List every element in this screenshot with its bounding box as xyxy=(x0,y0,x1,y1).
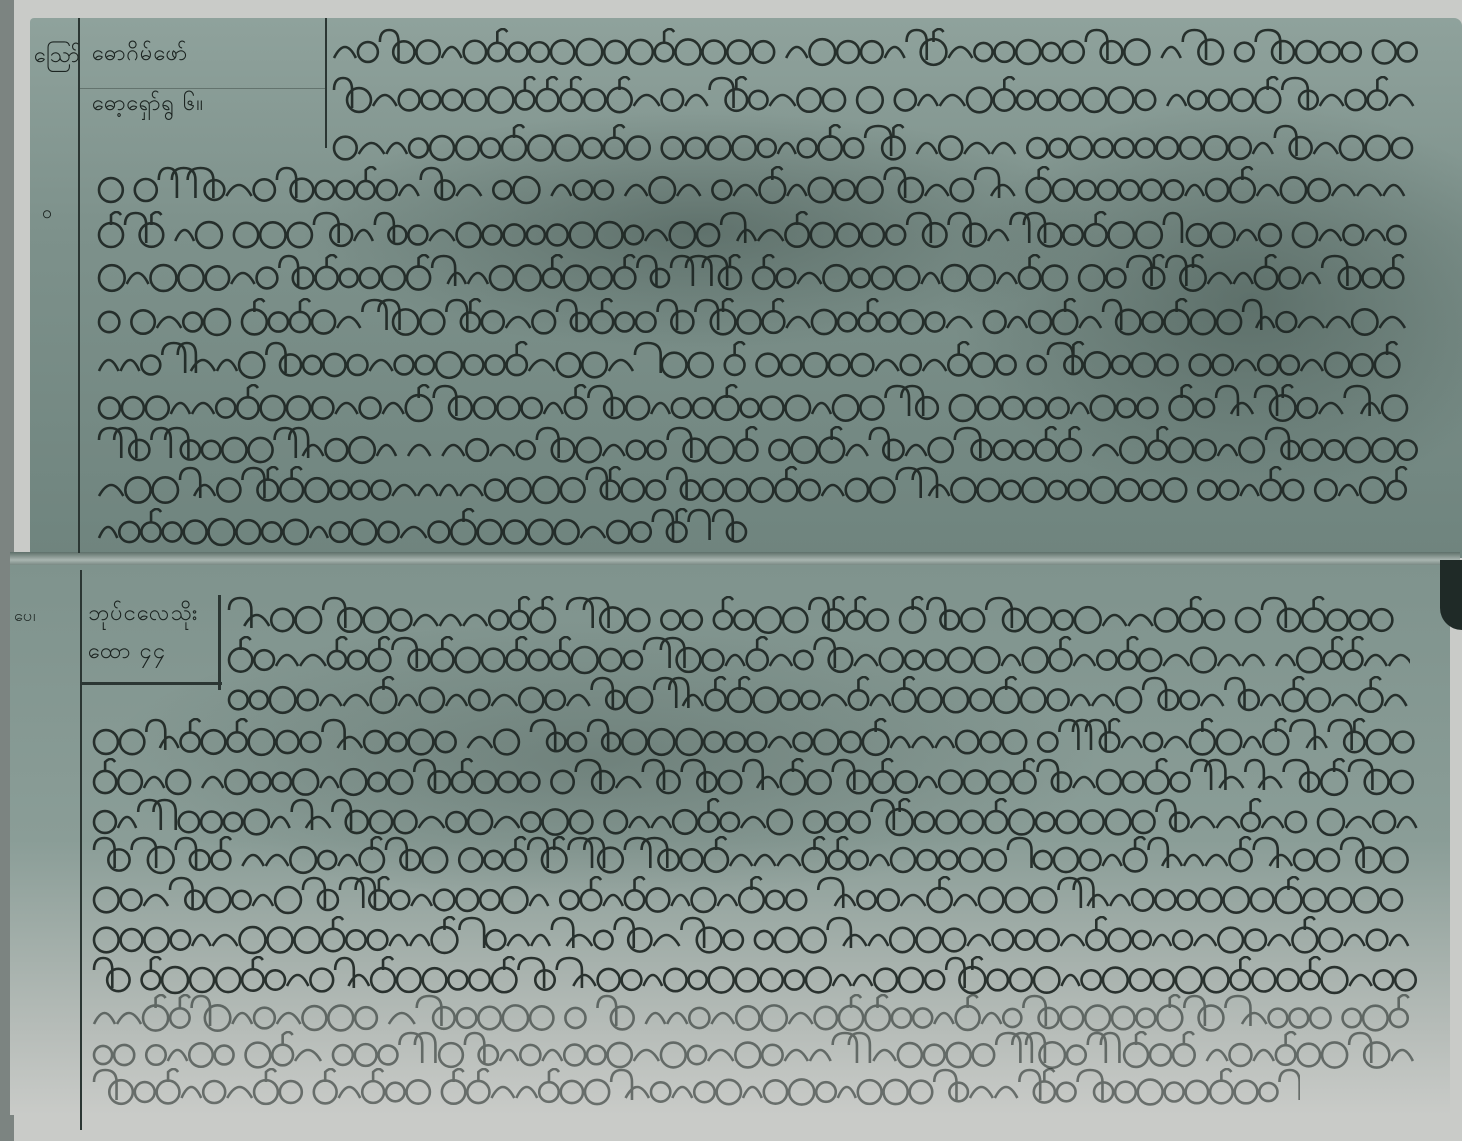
lower-text-line xyxy=(90,758,1420,798)
lower-text-line xyxy=(90,718,1420,758)
torn-corner xyxy=(1440,560,1462,630)
lower-text-line xyxy=(90,994,1420,1034)
upper-text-line xyxy=(95,508,760,548)
lower-heading-line-2: ထော ၄၄ xyxy=(88,636,166,669)
upper-text-line xyxy=(330,28,1420,68)
upper-heading-line-1: ဓောဂိမ်ဖော် xyxy=(92,38,188,71)
upper-text-line xyxy=(330,124,1420,164)
lower-heading-rule xyxy=(218,595,221,690)
lower-text-line xyxy=(90,836,1420,876)
upper-text-line xyxy=(95,341,1420,381)
upper-margin-mark: ဪ xyxy=(34,40,81,73)
upper-margin-dot: ၀ xyxy=(42,200,53,227)
upper-text-line xyxy=(95,426,1420,466)
lower-heading-line-1: ဘုပ်ငလေသိုး xyxy=(88,598,198,631)
upper-text-line xyxy=(95,384,1420,424)
lower-text-line xyxy=(225,636,1410,676)
upper-text-line xyxy=(95,166,1420,206)
lower-text-line xyxy=(90,916,1420,956)
upper-text-line xyxy=(95,298,1420,338)
lower-margin-mark: ပေ၊ xyxy=(14,605,36,629)
upper-text-line xyxy=(330,76,1420,116)
upper-heading-line-2: ဓော့ရှော်ရွ ၆။ xyxy=(92,88,204,121)
lower-text-line xyxy=(90,876,1420,916)
lower-heading-hline xyxy=(82,682,222,685)
lower-text-line xyxy=(225,676,1410,716)
upper-text-line xyxy=(95,211,1420,251)
lower-margin-rule xyxy=(80,570,82,1130)
lower-text-line xyxy=(90,956,1420,996)
lower-text-line xyxy=(90,1068,1300,1108)
upper-heading-rule xyxy=(325,18,327,148)
upper-margin-rule xyxy=(78,18,80,553)
lower-text-line xyxy=(90,798,1420,838)
lower-text-line xyxy=(225,596,1410,636)
upper-text-line xyxy=(95,254,1420,294)
upper-text-line xyxy=(95,466,1420,506)
lower-text-line xyxy=(90,1031,1420,1071)
